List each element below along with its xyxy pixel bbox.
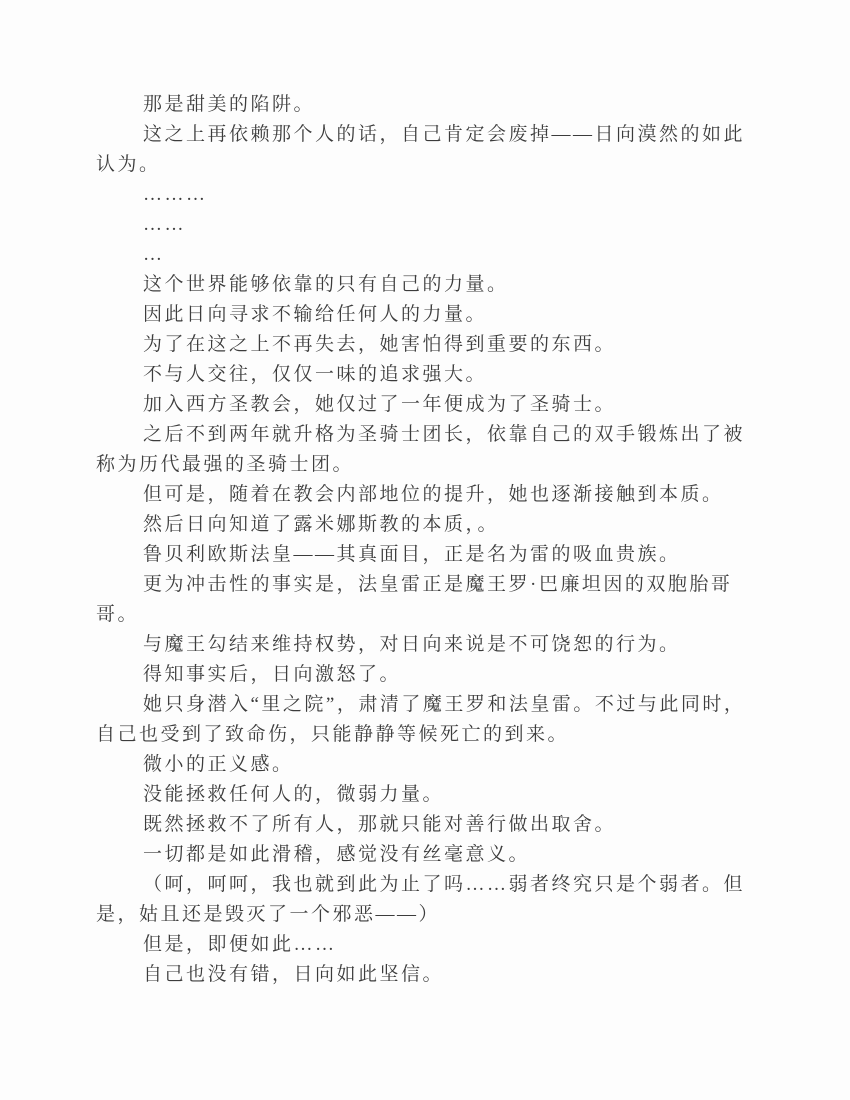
paragraph: 那是甜美的陷阱。 <box>96 90 760 120</box>
paragraph: 鲁贝利欧斯法皇——其真面目，正是名为雷的吸血贵族。 <box>96 540 760 570</box>
paragraph: 但可是，随着在教会内部地位的提升，她也逐渐接触到本质。 <box>96 480 760 510</box>
paragraph: ……… <box>96 180 760 210</box>
paragraph: 因此日向寻求不输给任何人的力量。 <box>96 300 760 330</box>
paragraph: 加入西方圣教会，她仅过了一年便成为了圣骑士。 <box>96 390 760 420</box>
paragraph: …… <box>96 210 760 240</box>
paragraph: 微小的正义感。 <box>96 750 760 780</box>
paragraph: （呵，呵呵，我也就到此为止了吗……弱者终究只是个弱者。但是，姑且还是毁灭了一个邪… <box>96 870 760 930</box>
paragraph: 既然拯救不了所有人，那就只能对善行做出取舍。 <box>96 810 760 840</box>
paragraph: 更为冲击性的事实是，法皇雷正是魔王罗·巴廉坦因的双胞胎哥哥。 <box>96 570 760 630</box>
paragraph: 一切都是如此滑稽，感觉没有丝毫意义。 <box>96 840 760 870</box>
paragraph: 得知事实后，日向激怒了。 <box>96 660 760 690</box>
paragraph: 之后不到两年就升格为圣骑士团长，依靠自己的双手锻炼出了被称为历代最强的圣骑士团。 <box>96 420 760 480</box>
paragraph: 为了在这之上不再失去，她害怕得到重要的东西。 <box>96 330 760 360</box>
paragraph: 她只身潜入“里之院”，肃清了魔王罗和法皇雷。不过与此同时，自己也受到了致命伤，只… <box>96 690 760 750</box>
novel-text-block: 那是甜美的陷阱。这之上再依赖那个人的话，自己肯定会废掉——日向漠然的如此认为。…… <box>96 90 760 990</box>
paragraph: … <box>96 240 760 270</box>
paragraph: 然后日向知道了露米娜斯教的本质，。 <box>96 510 760 540</box>
document-page: 那是甜美的陷阱。这之上再依赖那个人的话，自己肯定会废掉——日向漠然的如此认为。…… <box>0 0 850 1100</box>
paragraph: 不与人交往，仅仅一味的追求强大。 <box>96 360 760 390</box>
paragraph: 没能拯救任何人的，微弱力量。 <box>96 780 760 810</box>
paragraph: 这之上再依赖那个人的话，自己肯定会废掉——日向漠然的如此认为。 <box>96 120 760 180</box>
paragraph: 这个世界能够依靠的只有自己的力量。 <box>96 270 760 300</box>
paragraph: 与魔王勾结来维持权势，对日向来说是不可饶恕的行为。 <box>96 630 760 660</box>
paragraph: 但是，即便如此…… <box>96 930 760 960</box>
paragraph: 自己也没有错，日向如此坚信。 <box>96 960 760 990</box>
